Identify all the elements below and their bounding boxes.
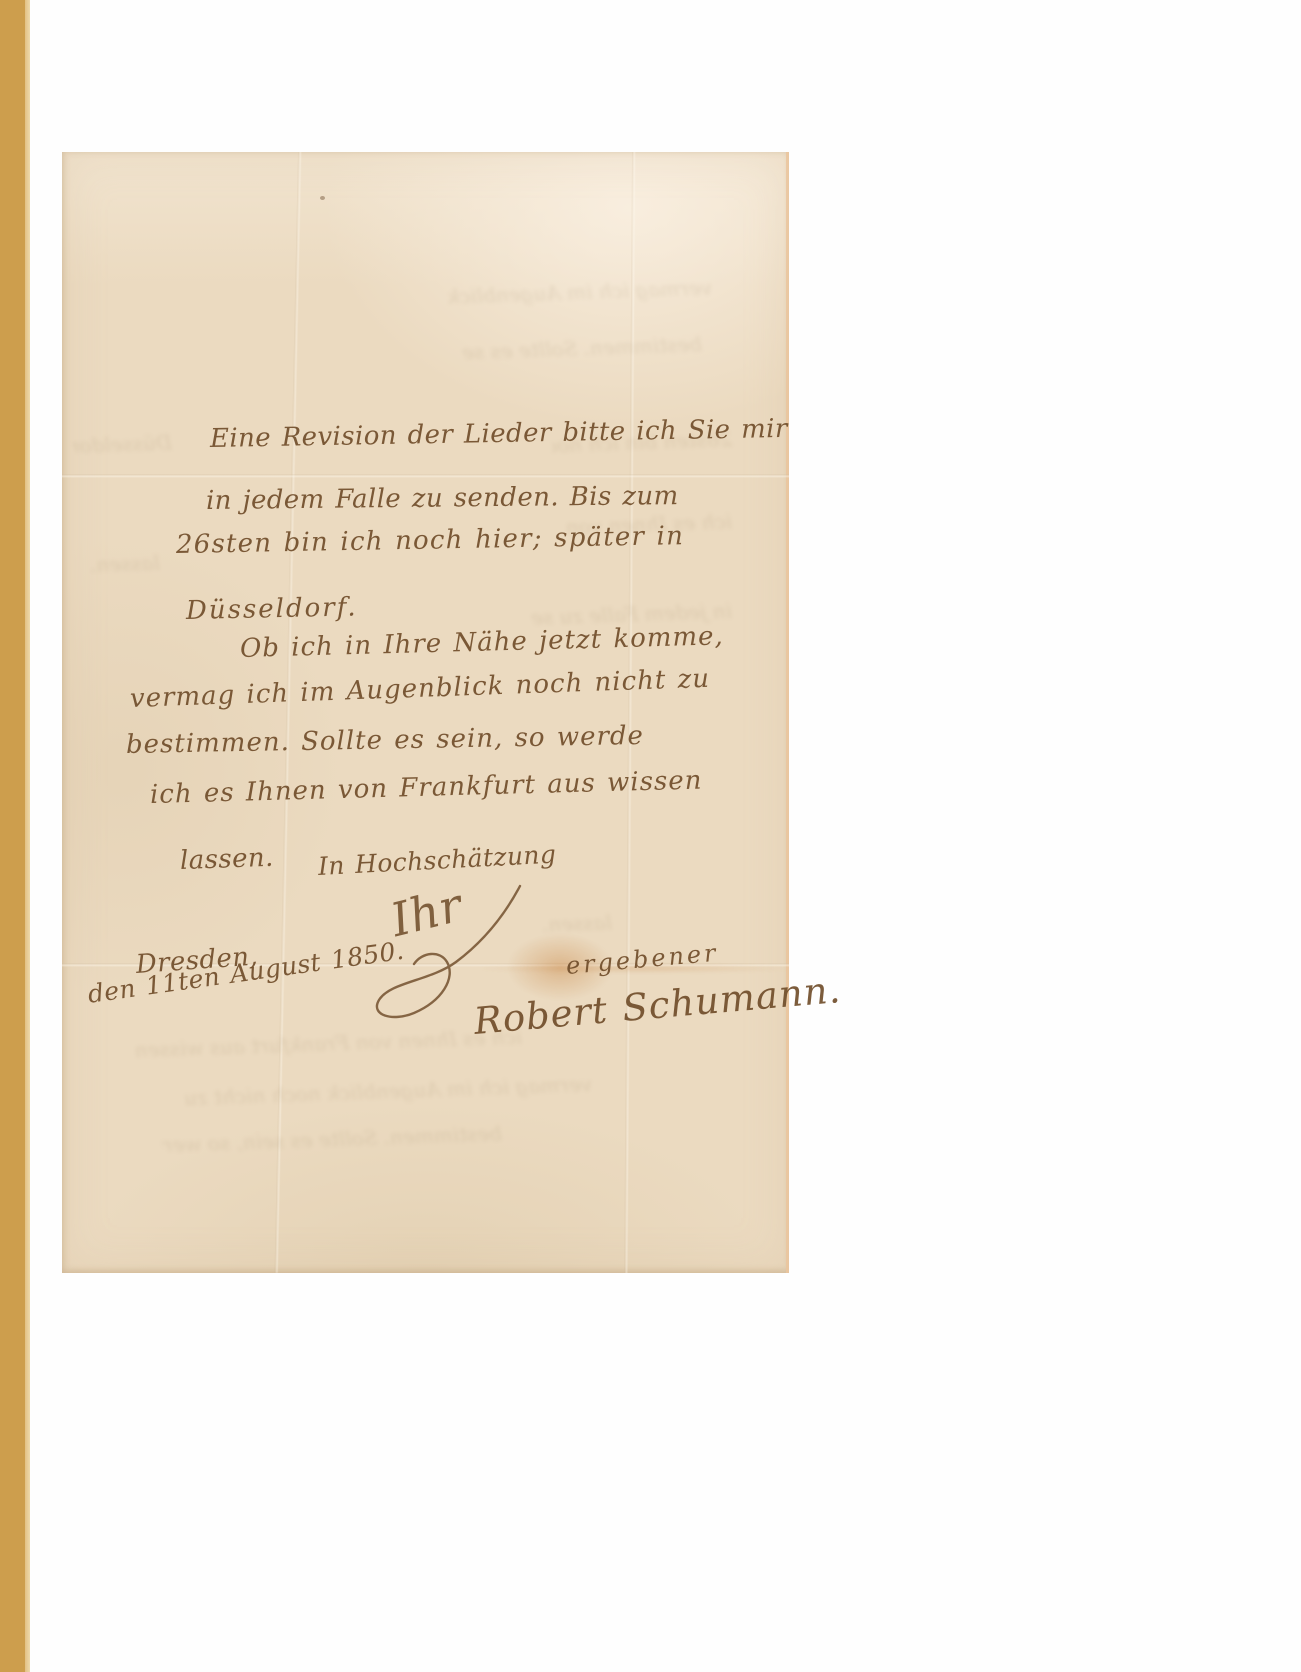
- handwriting-line-8: ich es Ihnen von Frankfurt aus wissen: [150, 766, 703, 810]
- handwriting-line-9: lassen.: [179, 843, 274, 876]
- bleedthrough-ghost-line: Düsseldorf.: [72, 430, 173, 457]
- left-accent-bar: [0, 0, 30, 1672]
- handwriting-line-2: in jedem Falle zu senden. Bis zum: [206, 481, 679, 516]
- bleedthrough-ghost-line: bestimmen. Sollte es sein, so werde: [462, 332, 703, 364]
- handwriting-line-6: vermag ich im Augenblick noch nicht zu: [129, 664, 710, 714]
- handwriting-line-7: bestimmen. Sollte es sein, so werde: [126, 721, 644, 760]
- bleedthrough-ghost-line: lassen.: [70, 550, 161, 577]
- bleedthrough-ghost-line: vermag ich im Augenblick noch nicht zu: [442, 275, 713, 308]
- fold-crease-horizontal-upper: [62, 474, 789, 478]
- ink-speck: [320, 196, 325, 200]
- handwriting-line-5: Ob ich in Ihre Nähe jetzt komme,: [240, 621, 724, 664]
- bleedthrough-ghost-line: vermag ich im Augenblick noch nicht zu: [122, 1072, 593, 1112]
- handwriting-line-3: 26sten bin ich noch hier; später in: [176, 521, 685, 560]
- handwriting-line-4: Düsseldorf.: [186, 592, 358, 626]
- letter-paper: vermag ich im Augenblick noch nicht zu b…: [62, 152, 789, 1273]
- fold-crease-vertical-right: [624, 152, 636, 1273]
- valediction: In Hochschätzung: [317, 840, 557, 881]
- bleedthrough-ghost-line: bestimmen. Sollte es sein, so werde: [162, 1121, 503, 1157]
- scanned-letter-page: vermag ich im Augenblick noch nicht zu b…: [0, 0, 1301, 1672]
